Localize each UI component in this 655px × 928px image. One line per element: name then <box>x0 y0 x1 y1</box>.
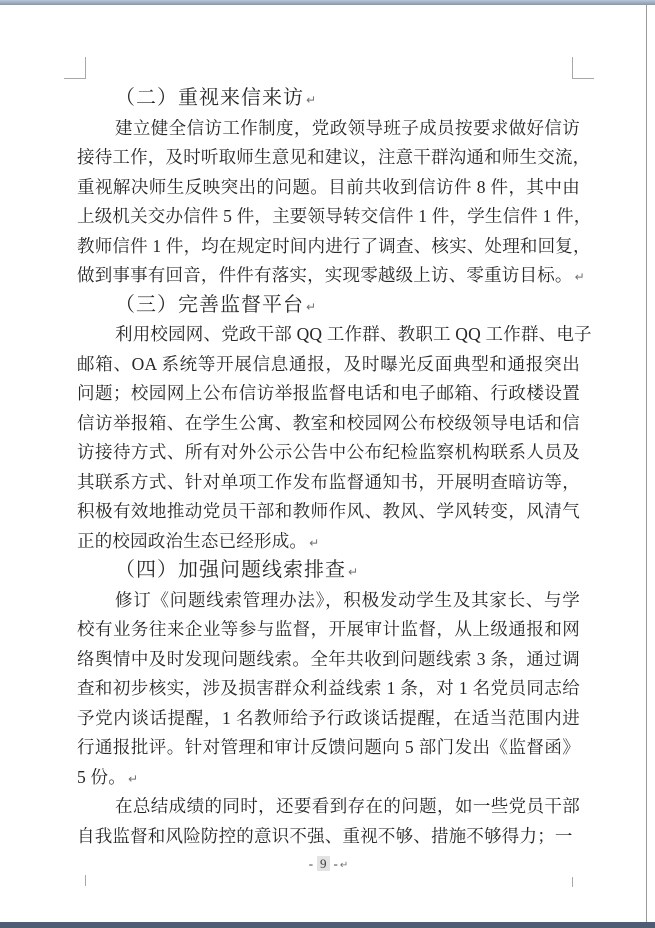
text-run: 访接待方式、所有对外公示公告中公布纪检监察机构联系人员及 <box>77 442 580 462</box>
page-number-field: 9 <box>317 856 330 871</box>
text-run: 修订《问题线索管理办法》，积极发动学生及其家长、与学 <box>115 590 580 610</box>
page-number-suffix: - <box>334 856 338 871</box>
text-run: 5 份。 <box>77 767 126 787</box>
text-line: 访接待方式、所有对外公示公告中公布纪检监察机构联系人员及 <box>77 438 580 468</box>
paragraph-mark: ↵ <box>340 860 348 871</box>
text-line: 修订《问题线索管理办法》，积极发动学生及其家长、与学 <box>77 586 580 616</box>
text-line: 自我监督和风险防控的意识不强、重视不够、措施不够得力；一 <box>77 822 580 852</box>
text-run: 利用校园网、党政干部 QQ 工作群、教职工 QQ 工作群、电子 <box>115 324 592 344</box>
text-line: 正的校园政治生态已经形成。↵ <box>77 527 580 557</box>
text-run: 在总结成绩的同时，还要看到存在的问题，如一些党员干部 <box>115 796 580 816</box>
text-line: 教师信件 1 件，均在规定时间内进行了调查、核实、处理和回复， <box>77 232 580 262</box>
text-line: （四）加强问题线索排查↵ <box>77 556 580 586</box>
text-run: 邮箱、OA 系统等开展信息通报，及时曝光反面典型和通报突出 <box>77 354 580 374</box>
paragraph-mark: ↵ <box>128 772 138 786</box>
text-line: 邮箱、OA 系统等开展信息通报，及时曝光反面典型和通报突出 <box>77 350 580 380</box>
paragraph-mark: ↵ <box>309 536 319 550</box>
paragraph: 在总结成绩的同时，还要看到存在的问题，如一些党员干部自我监督和风险防控的意识不强… <box>77 792 580 851</box>
crop-mark-bottom-left <box>85 875 86 886</box>
page-footer: -9-↵ <box>77 856 580 872</box>
paragraph-mark: ↵ <box>306 300 316 314</box>
text-run: 上级机关交办信件 5 件，主要领导转交信件 1 件，学生信件 1 件， <box>77 206 592 226</box>
text-line: 其联系方式、针对单项工作发布监督通知书，开展明查暗访等， <box>77 468 580 498</box>
text-line: 信访举报箱、在学生公寓、教室和校园网公布校级领导电话和信 <box>77 409 580 439</box>
crop-mark-top-right <box>572 57 594 79</box>
text-run: 络舆情中及时发现问题线索。全年共收到问题线索 3 条，通过调 <box>77 649 580 669</box>
text-run: 正的校园政治生态已经形成。 <box>77 531 307 551</box>
text-run: 建立健全信访工作制度，党政领导班子成员按要求做好信访 <box>115 118 580 138</box>
text-line: 校有业务往来企业等参与监督，开展审计监督，从上级通报和网 <box>77 615 580 645</box>
paragraph-mark: ↵ <box>348 565 358 579</box>
text-run: 行通报批评。针对管理和审计反馈问题向 5 部门发出《监督函》 <box>77 737 580 757</box>
text-run: 校有业务往来企业等参与监督，开展审计监督，从上级通报和网 <box>77 619 580 639</box>
text-run: （三）完善监督平台 <box>115 294 304 316</box>
section-heading: （三）完善监督平台↵ <box>77 291 580 321</box>
crop-mark-bottom-right <box>572 877 573 887</box>
document-page: （二）重视来信来访↵建立健全信访工作制度，党政领导班子成员按要求做好信访接待工作… <box>0 0 655 928</box>
text-line: 上级机关交办信件 5 件，主要领导转交信件 1 件，学生信件 1 件， <box>77 202 580 232</box>
text-run: （四）加强问题线索排查 <box>115 559 346 581</box>
page-right-edge <box>646 5 647 922</box>
text-line: 络舆情中及时发现问题线索。全年共收到问题线索 3 条，通过调 <box>77 645 580 675</box>
text-line: 5 份。↵ <box>77 763 580 793</box>
page-number-prefix: - <box>309 856 313 871</box>
text-line: 重视解决师生反映突出的问题。目前共收到信访件 8 件，其中由 <box>77 173 580 203</box>
paragraph-mark: ↵ <box>306 93 316 107</box>
text-line: 予党内谈话提醒，1 名教师给予行政谈话提醒，在适当范围内进 <box>77 704 580 734</box>
text-run: 自我监督和风险防控的意识不强、重视不够、措施不够得力；一 <box>77 826 573 846</box>
text-line: 在总结成绩的同时，还要看到存在的问题，如一些党员干部 <box>77 792 580 822</box>
paragraph: 建立健全信访工作制度，党政领导班子成员按要求做好信访接待工作，及时听取师生意见和… <box>77 114 580 291</box>
window-top-edge <box>0 0 655 5</box>
text-line: （二）重视来信来访↵ <box>77 84 580 114</box>
crop-mark-top-left <box>64 57 86 79</box>
text-run: 重视解决师生反映突出的问题。目前共收到信访件 8 件，其中由 <box>77 177 580 197</box>
text-line: 行通报批评。针对管理和审计反馈问题向 5 部门发出《监督函》 <box>77 733 580 763</box>
paragraph: 利用校园网、党政干部 QQ 工作群、教职工 QQ 工作群、电子邮箱、OA 系统等… <box>77 320 580 556</box>
text-run: 教师信件 1 件，均在规定时间内进行了调查、核实、处理和回复， <box>77 236 591 256</box>
text-line: （三）完善监督平台↵ <box>77 291 580 321</box>
paragraph: 修订《问题线索管理办法》，积极发动学生及其家长、与学校有业务往来企业等参与监督，… <box>77 586 580 793</box>
text-line: 利用校园网、党政干部 QQ 工作群、教职工 QQ 工作群、电子 <box>77 320 580 350</box>
section-heading: （四）加强问题线索排查↵ <box>77 556 580 586</box>
window-bottom-edge <box>0 922 655 928</box>
text-run: 予党内谈话提醒，1 名教师给予行政谈话提醒，在适当范围内进 <box>77 708 580 728</box>
document-body: （二）重视来信来访↵建立健全信访工作制度，党政领导班子成员按要求做好信访接待工作… <box>77 84 580 851</box>
text-line: 查和初步核实，涉及损害群众利益线索 1 条，对 1 名党员同志给 <box>77 674 580 704</box>
text-run: 问题；校园网上公布信访举报监督电话和电子邮箱、行政楼设置 <box>77 383 580 403</box>
text-run: 积极有效地推动党员干部和教师作风、教风、学风转变，风清气 <box>77 501 580 521</box>
text-line: 建立健全信访工作制度，党政领导班子成员按要求做好信访 <box>77 114 580 144</box>
text-line: 接待工作，及时听取师生意见和建议，注意干群沟通和师生交流， <box>77 143 580 173</box>
paragraph-mark: ↵ <box>575 270 585 284</box>
section-heading: （二）重视来信来访↵ <box>77 84 580 114</box>
text-run: 其联系方式、针对单项工作发布监督通知书，开展明查暗访等， <box>77 472 580 492</box>
text-line: 做到事事有回音，件件有落实，实现零越级上访、零重访目标。↵ <box>77 261 580 291</box>
text-line: 积极有效地推动党员干部和教师作风、教风、学风转变，风清气 <box>77 497 580 527</box>
text-run: 查和初步核实，涉及损害群众利益线索 1 条，对 1 名党员同志给 <box>77 678 580 698</box>
text-run: 接待工作，及时听取师生意见和建议，注意干群沟通和师生交流， <box>77 147 590 167</box>
text-run: 做到事事有回音，件件有落实，实现零越级上访、零重访目标。 <box>77 265 573 285</box>
text-run: （二）重视来信来访 <box>115 87 304 109</box>
text-line: 问题；校园网上公布信访举报监督电话和电子邮箱、行政楼设置 <box>77 379 580 409</box>
text-run: 信访举报箱、在学生公寓、教室和校园网公布校级领导电话和信 <box>77 413 580 433</box>
